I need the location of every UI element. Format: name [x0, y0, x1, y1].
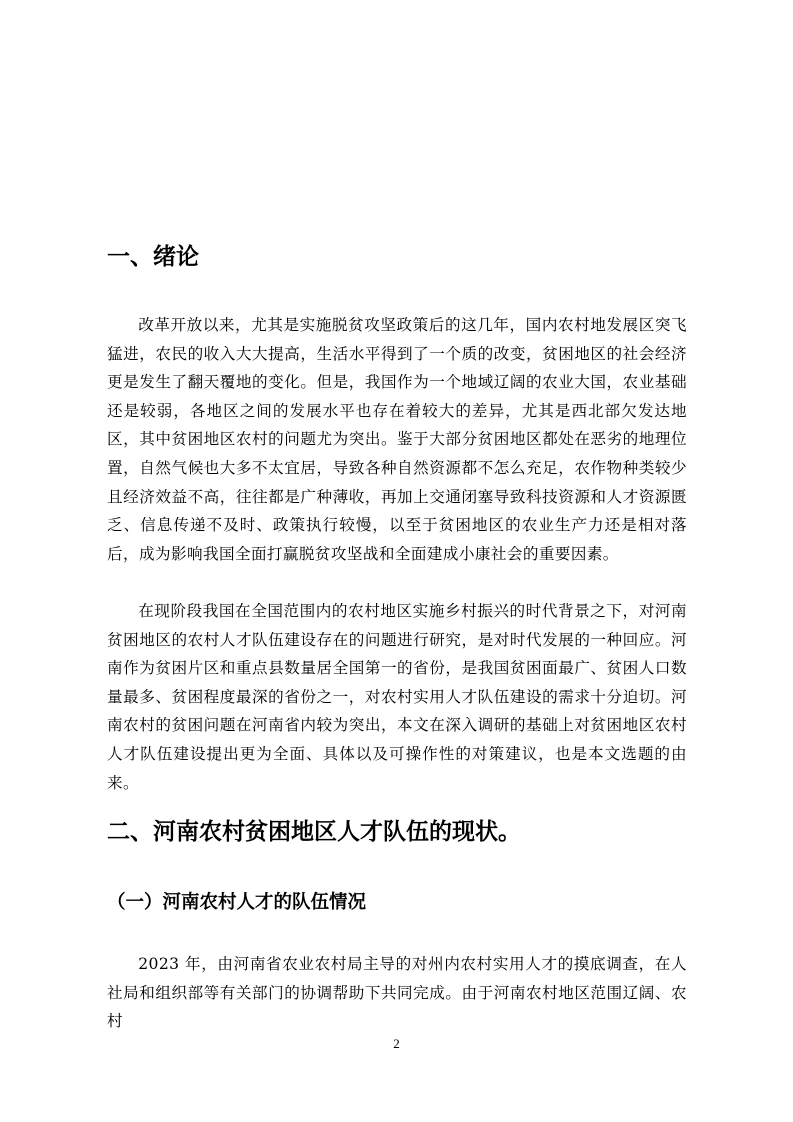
paragraph-introduction-1: 改革开放以来，尤其是实施脱贫攻坚政策后的这几年，国内农村地发展区突飞猛进，农民的… — [107, 311, 687, 568]
page-number: 2 — [0, 1036, 793, 1052]
paragraph-talent-team-1: 2023 年，由河南省农业农村局主导的对州内农村实用人才的摸底调查，在人社局和组… — [107, 950, 687, 1036]
document-page: 一、绪论 改革开放以来，尤其是实施脱贫攻坚政策后的这几年，国内农村地发展区突飞猛… — [0, 0, 793, 1122]
section-heading-current-status: 二、河南农村贫困地区人才队伍的现状。 — [107, 817, 687, 847]
subsection-heading-talent-team: （一）河南农村人才的队伍情况 — [107, 890, 687, 916]
paragraph-introduction-2: 在现阶段我国在全国范围内的农村地区实施乡村振兴的时代背景之下，对河南贫困地区的农… — [107, 597, 687, 797]
section-heading-introduction: 一、绪论 — [107, 242, 687, 272]
